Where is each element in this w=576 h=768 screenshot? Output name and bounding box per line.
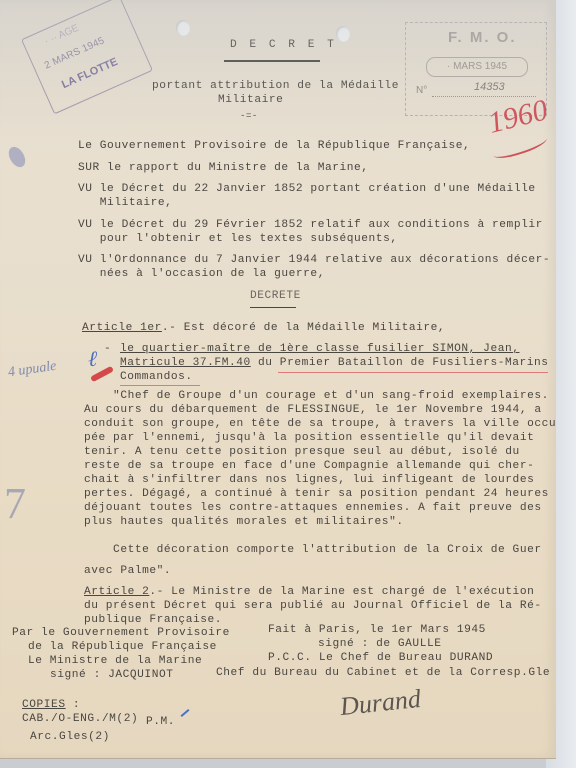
- stamp-place: LA FLOTTE: [60, 56, 120, 91]
- fmo-number-label: N°: [416, 85, 427, 96]
- citation-line: conduit son groupe, en tête de sa troupe…: [84, 418, 556, 431]
- preamble-line: VU l'Ordonnance du 7 Janvier 1944 relati…: [78, 254, 550, 267]
- left-signature-line: Le Ministre de la Marine: [28, 655, 202, 668]
- matricule: Matricule 37.FM.40: [120, 357, 251, 369]
- citation-line: tenir. A tenu cette position presque seu…: [84, 446, 520, 459]
- preamble-line: nées à l'occasion de la guerre,: [78, 268, 325, 281]
- preamble-line: VU le Décret du 22 Janvier 1852 portant …: [78, 183, 536, 196]
- red-underline-mark: [491, 132, 549, 163]
- citation-line: plus hautes qualités morales et militair…: [84, 516, 404, 529]
- citation-line: reste de sa troupe en face d'une Compagn…: [84, 460, 534, 473]
- decrete-heading: DECRETE: [250, 290, 301, 303]
- copies-heading: COPIES :: [22, 699, 80, 712]
- left-signature-line: signé : JACQUINOT: [50, 669, 173, 682]
- handwritten-signature: Durand: [339, 684, 423, 722]
- citation-line: chait à s'infiltrer dans nos lignes, lui…: [84, 474, 534, 487]
- copies-label: COPIES: [22, 699, 66, 711]
- article-2-line-3: publique Française.: [84, 614, 222, 627]
- recipient-dash: -: [104, 343, 111, 356]
- preamble-line: Militaire,: [78, 197, 172, 210]
- left-signature-line: de la République Française: [28, 641, 217, 654]
- citation-line: pée par l'ennemi, jusqu'à la position es…: [84, 432, 534, 445]
- preamble-line: Le Gouvernement Provisoire de la Républi…: [78, 140, 470, 153]
- document-page: · ·· AGE 2 MARS 1945 LA FLOTTE F. M. O. …: [0, 0, 556, 759]
- margin-mark: ℓ: [88, 346, 97, 372]
- preamble-line: pour l'obtenir et les textes subséquents…: [78, 233, 398, 246]
- croix-line-1: Cette décoration comporte l'attribution …: [84, 544, 542, 557]
- copies-line-2: Arc.Gles(2): [30, 731, 110, 744]
- preamble-line: SUR le rapport du Ministre de la Marine,: [78, 162, 369, 175]
- margin-number: 7: [4, 478, 26, 529]
- fmo-stamp: F. M. O. · MARS 1945 N° 14353: [405, 22, 547, 116]
- stamp-top-text: · ·· AGE: [43, 23, 80, 48]
- punch-hole: [176, 20, 190, 36]
- recipient-line-3: Commandos.: [120, 371, 193, 384]
- copies-colon: :: [66, 699, 81, 711]
- margin-note: 4 upuale: [7, 359, 57, 382]
- fmo-date: · MARS 1945: [426, 57, 528, 77]
- blue-pen-mark: [181, 709, 190, 717]
- recipient-line-1: le quartier-maître de 1ère classe fusili…: [120, 343, 520, 356]
- article-1-label: Article 1er: [82, 322, 162, 334]
- citation-line: Au cours du débarquement de FLESSINGUE, …: [84, 404, 542, 417]
- punch-hole: [336, 26, 350, 42]
- copies-line-1: CAB./O-ENG./M(2): [22, 713, 138, 726]
- left-signature-line: Par le Gouvernement Provisoire: [12, 627, 230, 640]
- article-2-line-1: Article 2.- Le Ministre de la Marine est…: [84, 586, 534, 599]
- recipient-line-2: Matricule 37.FM.40 du Premier Bataillon …: [120, 357, 549, 370]
- title-underline: [224, 60, 320, 62]
- separator: -=-: [240, 110, 258, 123]
- croix-line-2: avec Palme".: [84, 565, 171, 578]
- citation-line: "Chef de Groupe d'un courage et d'un san…: [84, 390, 549, 403]
- subtitle-line-2: Militaire: [218, 94, 283, 107]
- decrete-underline: [250, 307, 296, 308]
- article-1-heading: Article 1er.- Est décoré de la Médaille …: [82, 322, 445, 335]
- citation-line: déjouant toutes les contre-attaques enne…: [84, 502, 542, 515]
- article-2-line-2: du présent Décret qui sera publié au Jou…: [84, 600, 542, 613]
- document-title: D E C R E T: [230, 39, 337, 52]
- right-signature-line: Fait à Paris, le 1er Mars 1945: [268, 624, 486, 637]
- la-flotte-stamp: · ·· AGE 2 MARS 1945 LA FLOTTE: [21, 0, 153, 114]
- subtitle-line-1: portant attribution de la Médaille: [152, 80, 399, 93]
- ink-blot: [5, 144, 28, 170]
- fmo-header: F. M. O.: [448, 29, 517, 46]
- article-1-text: .- Est décoré de la Médaille Militaire,: [162, 322, 445, 334]
- right-signature-line: P.C.C. Le Chef de Bureau DURAND: [268, 652, 493, 665]
- red-underline: [278, 372, 548, 373]
- citation-line: pertes. Dégagé, a continué à tenir sa po…: [84, 488, 549, 501]
- copies-line-1-extra: P.M.: [146, 716, 175, 729]
- right-signature-line: Chef du Bureau du Cabinet et de la Corre…: [216, 667, 550, 680]
- right-signature-line: signé : de GAULLE: [318, 638, 441, 651]
- preamble-line: VU le Décret du 29 Février 1852 relatif …: [78, 219, 543, 232]
- fmo-number: 14353: [474, 81, 505, 93]
- fmo-number-line: [432, 96, 536, 97]
- stamp-date: 2 MARS 1945: [43, 35, 106, 71]
- article-2-text: .- Le Ministre de la Marine est chargé d…: [149, 586, 534, 598]
- red-underline: [120, 385, 200, 386]
- battalion: du Premier Bataillon de Fusiliers-Marins: [251, 357, 549, 369]
- red-annotation: 1960: [485, 93, 551, 141]
- article-2-label: Article 2: [84, 586, 149, 598]
